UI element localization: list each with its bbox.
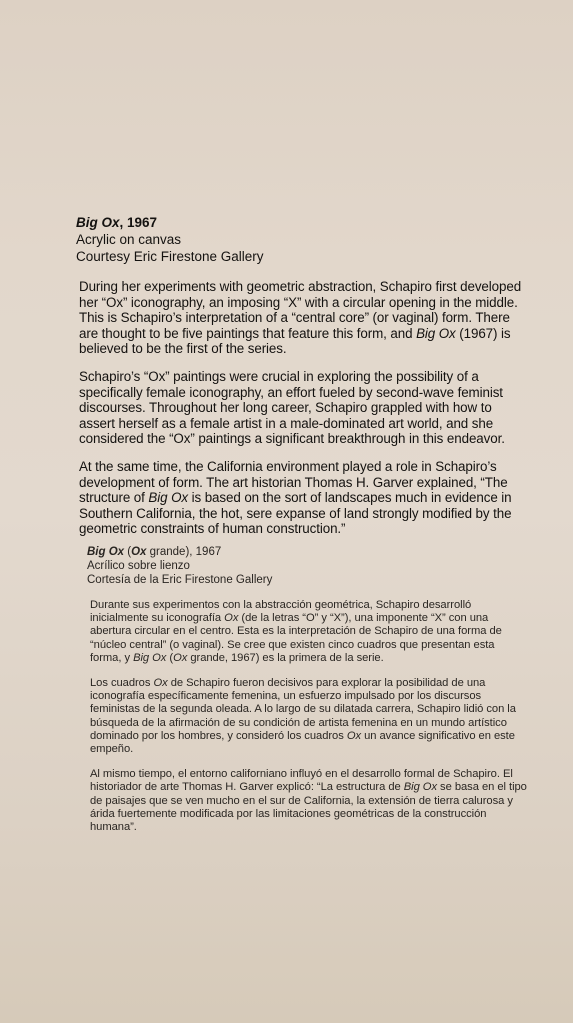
italic-title-ref: Ox bbox=[173, 652, 187, 664]
title-italic-es: Big Ox bbox=[87, 546, 124, 558]
wall-label-spanish: Big Ox (Ox grande), 1967 Acrílico sobre … bbox=[87, 545, 527, 846]
description-spanish: Durante sus experimentos con la abstracc… bbox=[87, 599, 527, 834]
paragraph: During her experiments with geometric ab… bbox=[79, 279, 526, 357]
title-date: , 1967 bbox=[120, 215, 158, 230]
title-italic: Big Ox bbox=[76, 215, 120, 230]
artwork-title: Big Ox, 1967 bbox=[76, 214, 526, 231]
title-date-es: grande), 1967 bbox=[146, 546, 221, 558]
artwork-title-es: Big Ox (Ox grande), 1967 bbox=[87, 545, 527, 559]
artwork-medium-es: Acrílico sobre lienzo bbox=[87, 559, 527, 573]
text-run: Schapiro’s “Ox” paintings were crucial i… bbox=[79, 369, 505, 446]
tombstone-english: Big Ox, 1967 Acrylic on canvas Courtesy … bbox=[76, 214, 526, 265]
description-english: During her experiments with geometric ab… bbox=[76, 279, 526, 537]
artwork-credit: Courtesy Eric Firestone Gallery bbox=[76, 248, 526, 265]
italic-title-ref: Big Ox bbox=[404, 781, 437, 793]
italic-title-ref: Ox bbox=[224, 612, 238, 624]
paragraph: Schapiro’s “Ox” paintings were crucial i… bbox=[79, 369, 526, 447]
paragraph: Durante sus experimentos con la abstracc… bbox=[90, 599, 527, 665]
title-italic2-es: Ox bbox=[131, 546, 146, 558]
tombstone-spanish: Big Ox (Ox grande), 1967 Acrílico sobre … bbox=[87, 545, 527, 587]
artwork-credit-es: Cortesía de la Eric Firestone Gallery bbox=[87, 573, 527, 587]
wall-label-english: Big Ox, 1967 Acrylic on canvas Courtesy … bbox=[76, 214, 526, 549]
paragraph: At the same time, the California environ… bbox=[79, 459, 526, 537]
italic-title-ref: Ox bbox=[347, 730, 361, 742]
text-run: Los cuadros bbox=[90, 677, 153, 689]
italic-title-ref: Big Ox bbox=[148, 490, 188, 505]
text-run: grande, 1967) es la primera de la serie. bbox=[187, 652, 383, 664]
paragraph: Al mismo tiempo, el entorno californiano… bbox=[90, 768, 527, 834]
italic-title-ref: Big Ox bbox=[416, 326, 456, 341]
artwork-medium: Acrylic on canvas bbox=[76, 231, 526, 248]
italic-title-ref: Big Ox bbox=[133, 652, 166, 664]
italic-title-ref: Ox bbox=[153, 677, 167, 689]
paragraph: Los cuadros Ox de Schapiro fueron decisi… bbox=[90, 677, 527, 756]
